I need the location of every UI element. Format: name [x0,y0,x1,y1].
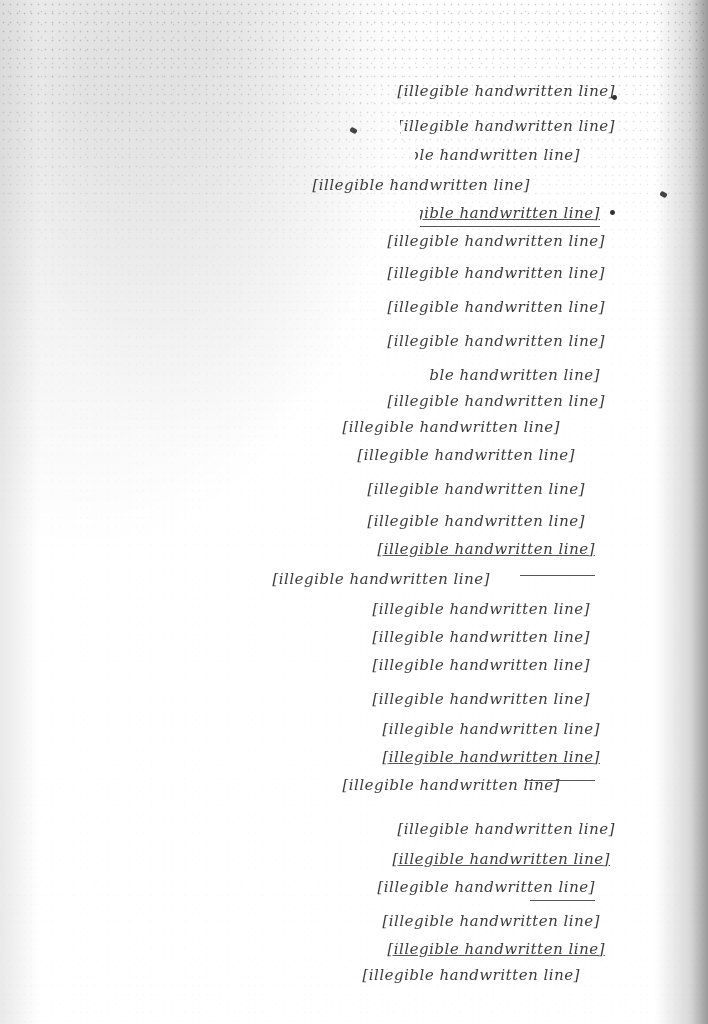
handwritten-line: [illegible handwritten line] [185,176,530,194]
handwritten-line: [illegible handwritten line] [70,570,490,588]
handwritten-line: [illegible handwritten line] [95,82,615,100]
handwritten-line: [illegible handwritten line] [50,232,605,250]
handwritten-line: [illegible handwritten line] [50,540,595,558]
handwritten-line: [illegible handwritten line] [90,966,580,984]
underline-stroke [420,226,600,227]
ink-blot [659,191,668,199]
handwritten-line: [illegible handwritten line] [35,850,610,868]
handwritten-line: [illegible handwritten line] [65,392,605,410]
underline-stroke [525,780,595,781]
handwritten-line: [illegible handwritten line] [345,820,615,838]
handwritten-line: [illegible handwritten line] [45,600,590,618]
handwritten-line: [illegible handwritten line] [55,418,560,436]
handwritten-line: [illegible handwritten line] [45,480,585,498]
underline-stroke [530,900,595,901]
handwritten-line: [illegible handwritten line] [55,446,575,464]
bullet-dot-icon [610,210,615,215]
bullet-dot-icon [612,95,617,100]
handwritten-line: [illegible handwritten line] [415,146,580,164]
scanned-page: [illegible handwritten line][illegible h… [0,0,708,1024]
underline-stroke [520,575,595,576]
handwritten-line: [illegible handwritten line] [40,912,600,930]
handwritten-line: [illegible handwritten line] [35,748,600,766]
handwritten-line: [illegible handwritten line] [40,628,590,646]
handwritten-line: [illegible handwritten line] [330,720,600,738]
handwritten-line: [illegible handwritten line] [40,878,595,896]
handwritten-line: [illegible handwritten line] [40,512,585,530]
handwritten-line: [illegible handwritten line] [35,940,605,958]
handwritten-line: [illegible handwritten line] [40,690,590,708]
handwritten-line: [illegible handwritten line] [400,117,615,135]
handwritten-line: [illegible handwritten line] [430,366,600,384]
handwritten-line: [illegible handwritten line] [50,298,605,316]
ink-blot [349,127,358,135]
handwritten-line: [illegible handwritten line] [50,264,605,282]
handwritten-line: [illegible handwritten line] [420,204,600,222]
handwritten-line: [illegible handwritten line] [60,332,605,350]
handwritten-line: [illegible handwritten line] [35,776,560,794]
handwritten-line: [illegible handwritten line] [45,656,590,674]
